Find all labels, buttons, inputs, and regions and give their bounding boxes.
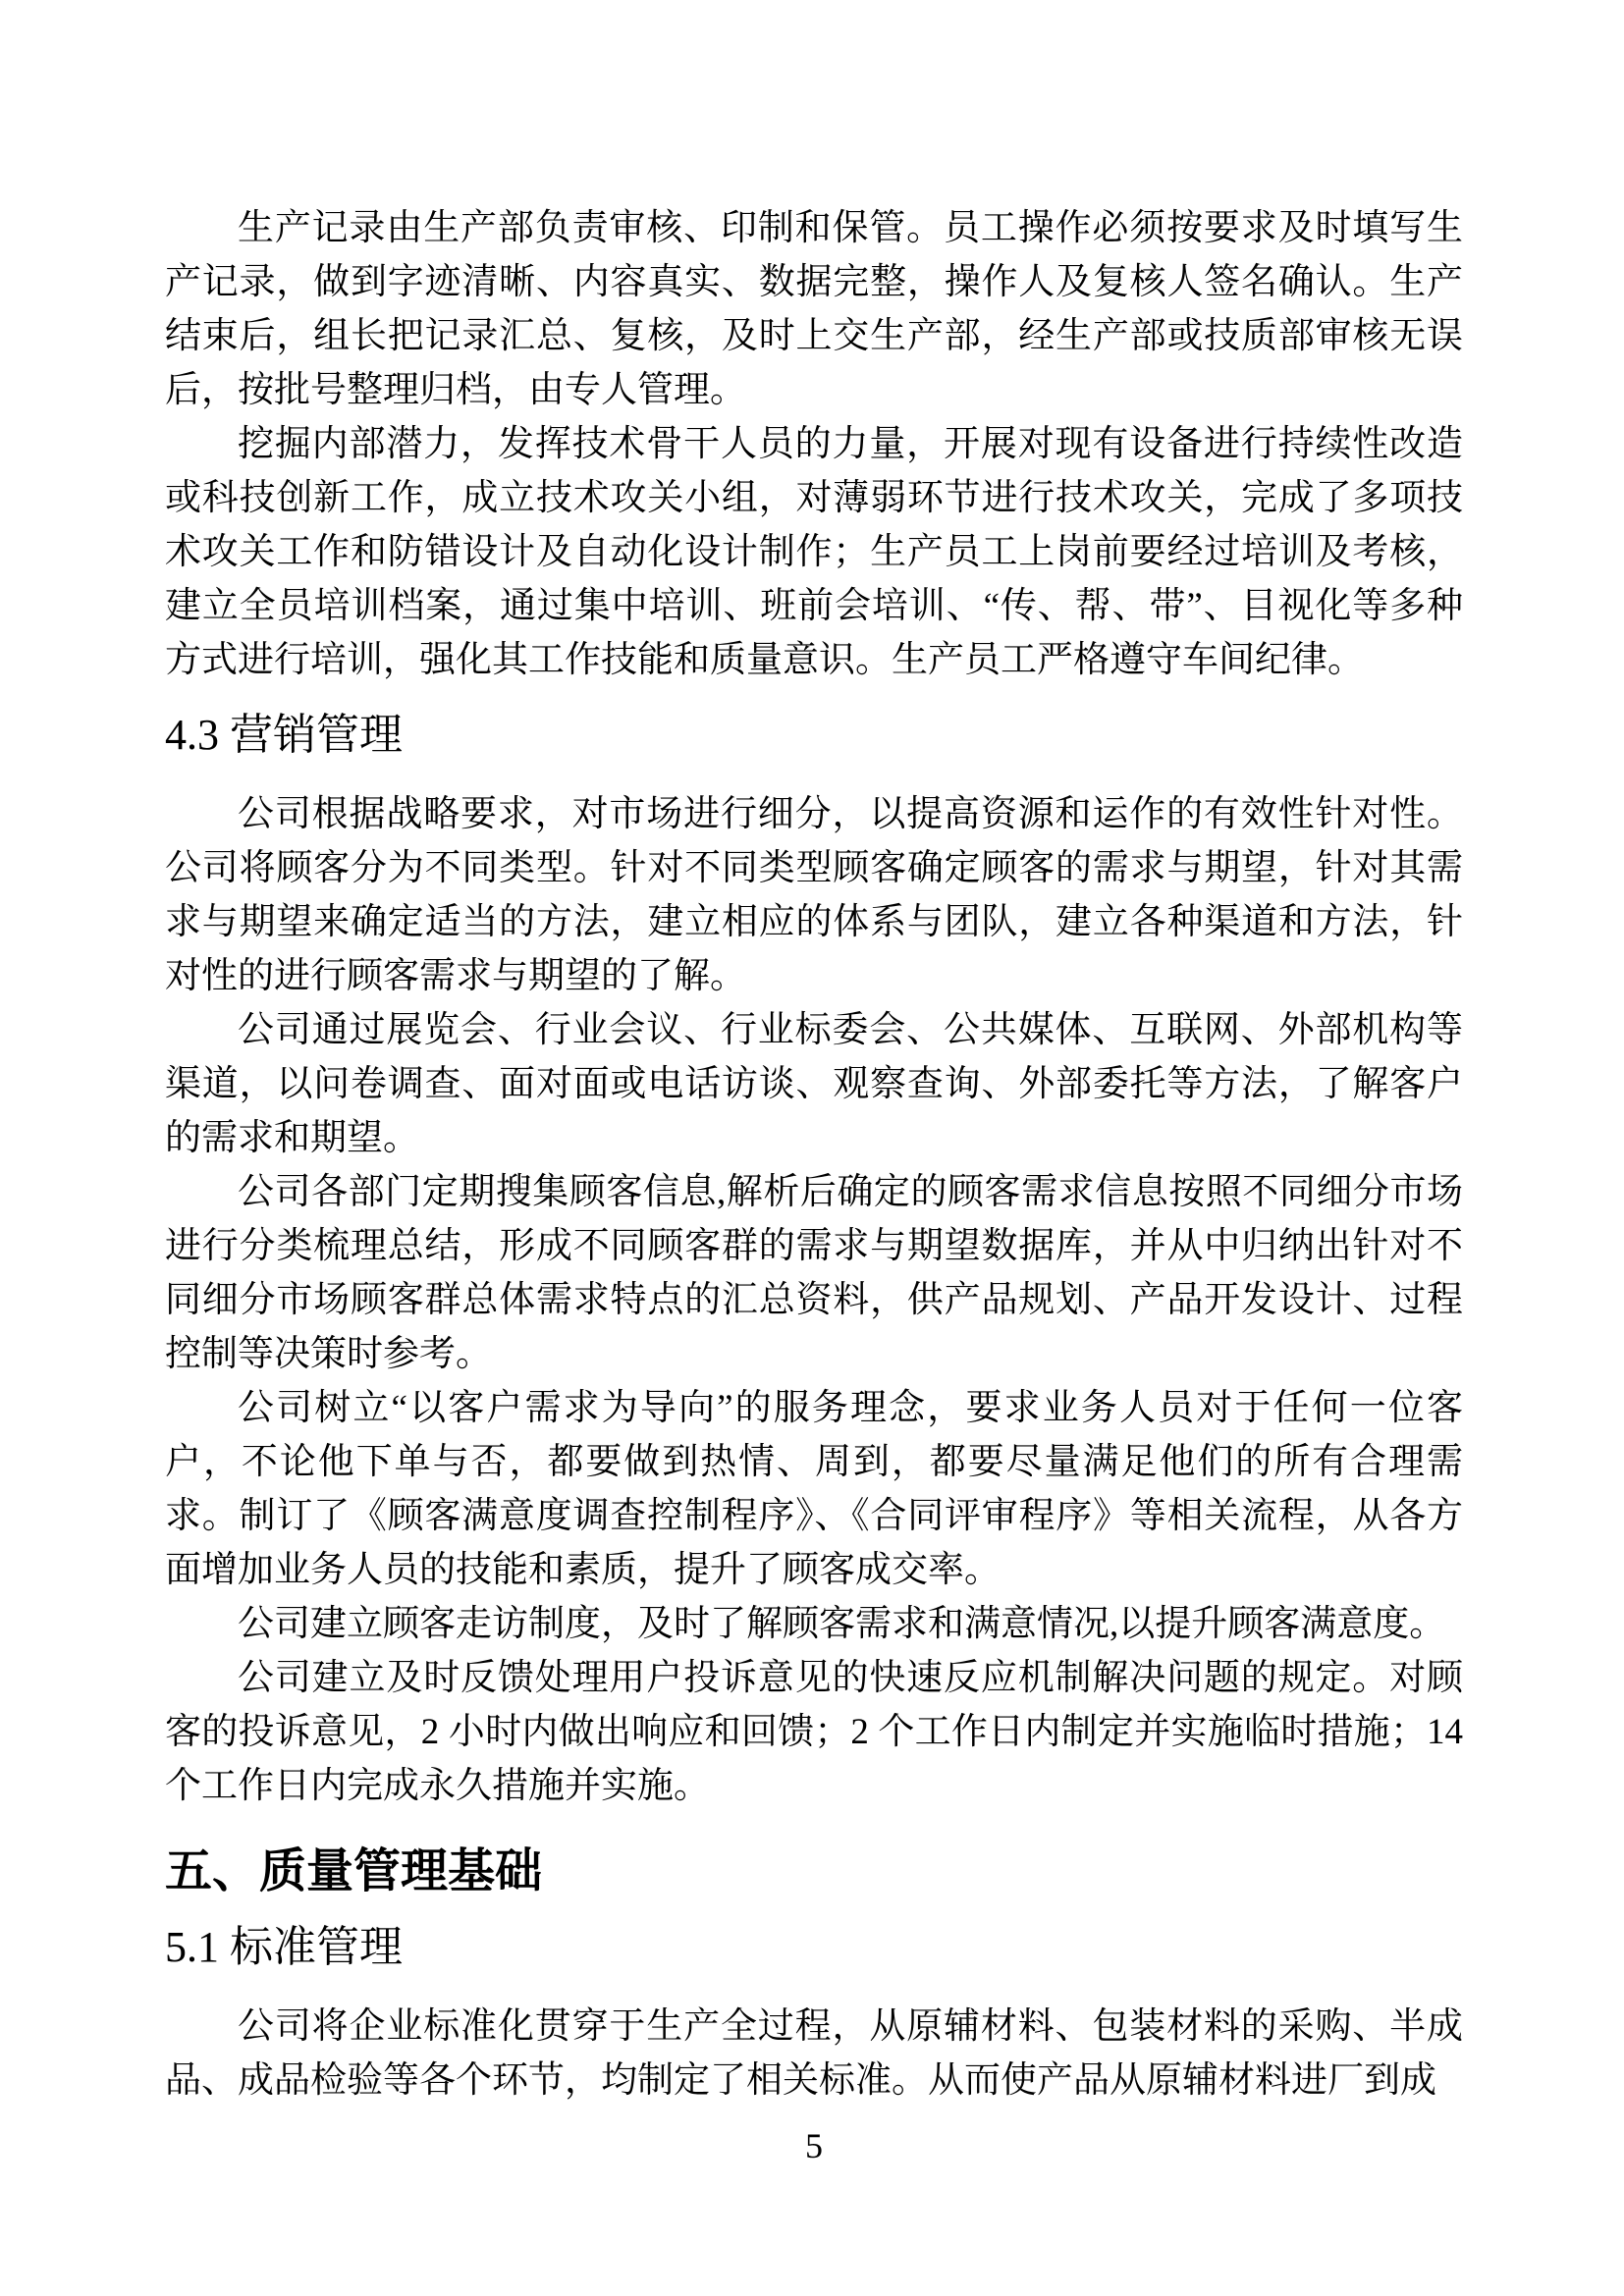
paragraph-service-philosophy: 公司树立“以客户需求为导向”的服务理念，要求业务人员对于任何一位客户，不论他下单… xyxy=(165,1381,1463,1597)
document-page: 生产记录由生产部负责审核、印制和保管。员工操作必须按要求及时填写生产记录，做到字… xyxy=(0,0,1624,2296)
heading-quality-management-foundation: 五、质量管理基础 xyxy=(165,1837,1463,1907)
heading-standard-management: 5.1 标准管理 xyxy=(165,1915,1463,1980)
paragraph-production-records: 生产记录由生产部负责审核、印制和保管。员工操作必须按要求及时填写生产记录，做到字… xyxy=(165,201,1463,417)
paragraph-info-channels: 公司通过展览会、行业会议、行业标委会、公共媒体、互联网、外部机构等渠道，以问卷调… xyxy=(165,1003,1463,1165)
paragraph-complaint-response: 公司建立及时反馈处理用户投诉意见的快速反应机制解决问题的规定。对顾客的投诉意见，… xyxy=(165,1651,1463,1813)
paragraph-technical-improvement: 挖掘内部潜力，发挥技术骨干人员的力量，开展对现有设备进行持续性改造或科技创新工作… xyxy=(165,417,1463,687)
page-number: 5 xyxy=(165,2121,1463,2170)
paragraph-standardization: 公司将企业标准化贯穿于生产全过程，从原辅材料、包装材料的采购、半成品、成品检验等… xyxy=(165,2000,1463,2108)
paragraph-market-segmentation: 公司根据战略要求，对市场进行细分，以提高资源和运作的有效性针对性。公司将顾客分为… xyxy=(165,787,1463,1003)
paragraph-customer-visit-system: 公司建立顾客走访制度，及时了解顾客需求和满意情况,以提升顾客满意度。 xyxy=(165,1597,1463,1651)
heading-marketing-management: 4.3 营销管理 xyxy=(165,703,1463,768)
paragraph-customer-info-database: 公司各部门定期搜集顾客信息,解析后确定的顾客需求信息按照不同细分市场进行分类梳理… xyxy=(165,1165,1463,1381)
